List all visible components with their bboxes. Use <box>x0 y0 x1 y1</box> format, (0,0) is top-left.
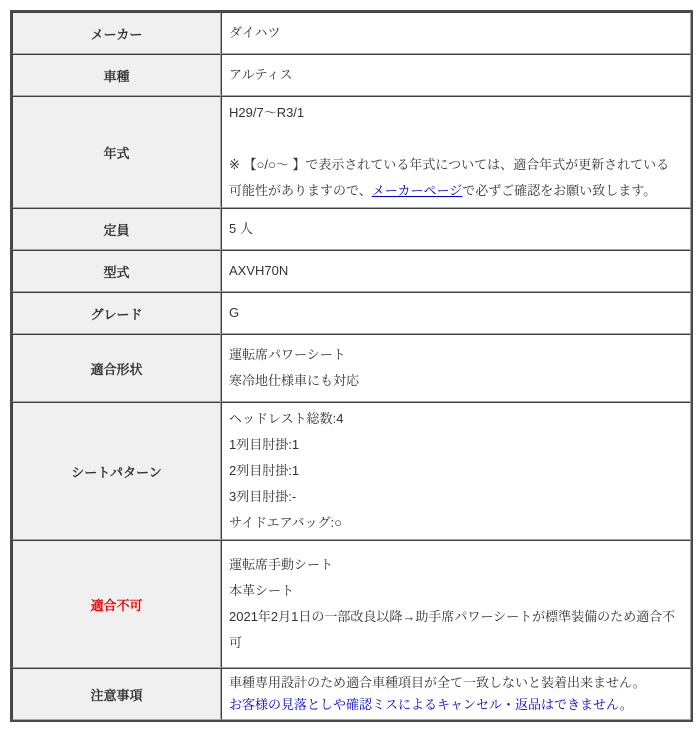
value-text: ダイハツ <box>229 25 280 40</box>
value-line: サイドエアバッグ:○ <box>229 510 680 536</box>
value-text: G <box>229 305 239 320</box>
value-line: AXVH70N <box>229 258 680 284</box>
row-value-model-code: AXVH70N <box>221 250 691 292</box>
table-row-fit-shape: 適合形状運転席パワーシート寒冷地仕様車にも対応 <box>12 334 691 402</box>
value-line: 運転席手動シート <box>229 552 680 578</box>
value-line: 可能性がありますので、メーカーページで必ずご確認をお願い致します。 <box>229 178 680 204</box>
table-row-seat-pattern: シートパターンヘッドレスト総数:41列目肘掛:12列目肘掛:13列目肘掛:-サイ… <box>12 402 691 540</box>
table-row-model-code: 型式AXVH70N <box>12 250 691 292</box>
value-line: 2021年2月1日の一部改良以降→助手席パワーシートが標準装備のため適合不 <box>229 604 680 630</box>
row-label-capacity: 定員 <box>12 208 221 250</box>
value-text: 2021年2月1日の一部改良以降→助手席パワーシートが標準装備のため適合不 <box>229 609 675 624</box>
table-row-maker: メーカーダイハツ <box>12 12 691 54</box>
value-text: 1列目肘掛:1 <box>229 437 299 452</box>
value-line: 2列目肘掛:1 <box>229 458 680 484</box>
value-line: 本革シート <box>229 578 680 604</box>
table-row-grade: グレードG <box>12 292 691 334</box>
row-value-seat-pattern: ヘッドレスト総数:41列目肘掛:12列目肘掛:13列目肘掛:-サイドエアバッグ:… <box>221 402 691 540</box>
row-label-notes: 注意事項 <box>12 668 221 720</box>
table-row-model-year: 年式H29/7～R3/1 ※ 【○/○～ 】で表示されている年式については、適合… <box>12 96 691 208</box>
value-line: H29/7～R3/1 <box>229 100 680 126</box>
value-text: 可能性がありますので、 <box>229 183 372 198</box>
maker-page-link[interactable]: メーカーページ <box>372 183 462 198</box>
row-label-maker: メーカー <box>12 12 221 54</box>
row-label-fit-shape: 適合形状 <box>12 334 221 402</box>
value-text: 2列目肘掛:1 <box>229 463 299 478</box>
table-row-not-compatible: 適合不可運転席手動シート本革シート2021年2月1日の一部改良以降→助手席パワー… <box>12 540 691 668</box>
value-line: お客様の見落としや確認ミスによるキャンセル・返品はできません。 <box>229 694 680 716</box>
row-value-capacity: 5 人 <box>221 208 691 250</box>
value-text: サイドエアバッグ:○ <box>229 515 342 530</box>
row-label-model-code: 型式 <box>12 250 221 292</box>
value-line: 運転席パワーシート <box>229 342 680 368</box>
value-text: H29/7～R3/1 <box>229 105 304 120</box>
value-text: ※ 【○/○～ 】で表示されている年式については、適合年式が更新されている <box>229 157 669 172</box>
value-line: ダイハツ <box>229 20 680 46</box>
row-value-model: アルティス <box>221 54 691 96</box>
value-line: アルティス <box>229 62 680 88</box>
row-value-grade: G <box>221 292 691 334</box>
value-line: 3列目肘掛:- <box>229 484 680 510</box>
row-value-fit-shape: 運転席パワーシート寒冷地仕様車にも対応 <box>221 334 691 402</box>
row-label-not-compatible: 適合不可 <box>12 540 221 668</box>
value-text: 運転席手動シート <box>229 557 333 572</box>
value-text: 3列目肘掛:- <box>229 489 296 504</box>
row-label-grade: グレード <box>12 292 221 334</box>
value-text: 5 人 <box>229 221 253 236</box>
value-line: ヘッドレスト総数:4 <box>229 406 680 432</box>
value-line: 可 <box>229 630 680 656</box>
row-label-model: 車種 <box>12 54 221 96</box>
value-text: 運転席パワーシート <box>229 347 346 362</box>
row-value-maker: ダイハツ <box>221 12 691 54</box>
table-row-model: 車種アルティス <box>12 54 691 96</box>
value-text: AXVH70N <box>229 263 288 278</box>
value-text: お客様の見落としや確認ミスによるキャンセル・返品はできません。 <box>229 697 633 712</box>
value-text: 可 <box>229 635 242 650</box>
row-label-model-year: 年式 <box>12 96 221 208</box>
value-text <box>229 131 233 146</box>
table-row-capacity: 定員5 人 <box>12 208 691 250</box>
row-value-not-compatible: 運転席手動シート本革シート2021年2月1日の一部改良以降→助手席パワーシートが… <box>221 540 691 668</box>
value-text: アルティス <box>229 67 292 82</box>
value-line: 寒冷地仕様車にも対応 <box>229 368 680 394</box>
spec-table-body: メーカーダイハツ車種アルティス年式H29/7～R3/1 ※ 【○/○～ 】で表示… <box>12 12 691 720</box>
value-text: で必ずご確認をお願い致します。 <box>462 183 656 198</box>
value-line <box>229 126 680 152</box>
value-line: 1列目肘掛:1 <box>229 432 680 458</box>
row-value-notes: 車種専用設計のため適合車種項目が全て一致しないと装着出来ません。お客様の見落とし… <box>221 668 691 720</box>
value-text: ヘッドレスト総数:4 <box>229 411 343 426</box>
value-line: 5 人 <box>229 216 680 242</box>
value-line: G <box>229 300 680 326</box>
vehicle-spec-table: メーカーダイハツ車種アルティス年式H29/7～R3/1 ※ 【○/○～ 】で表示… <box>10 10 693 722</box>
value-text: 寒冷地仕様車にも対応 <box>229 373 359 388</box>
value-line: ※ 【○/○～ 】で表示されている年式については、適合年式が更新されている <box>229 152 680 178</box>
row-value-model-year: H29/7～R3/1 ※ 【○/○～ 】で表示されている年式については、適合年式… <box>221 96 691 208</box>
value-text: 本革シート <box>229 583 294 598</box>
row-label-seat-pattern: シートパターン <box>12 402 221 540</box>
value-line: 車種専用設計のため適合車種項目が全て一致しないと装着出来ません。 <box>229 672 680 694</box>
value-text: 車種専用設計のため適合車種項目が全て一致しないと装着出来ません。 <box>229 675 646 690</box>
